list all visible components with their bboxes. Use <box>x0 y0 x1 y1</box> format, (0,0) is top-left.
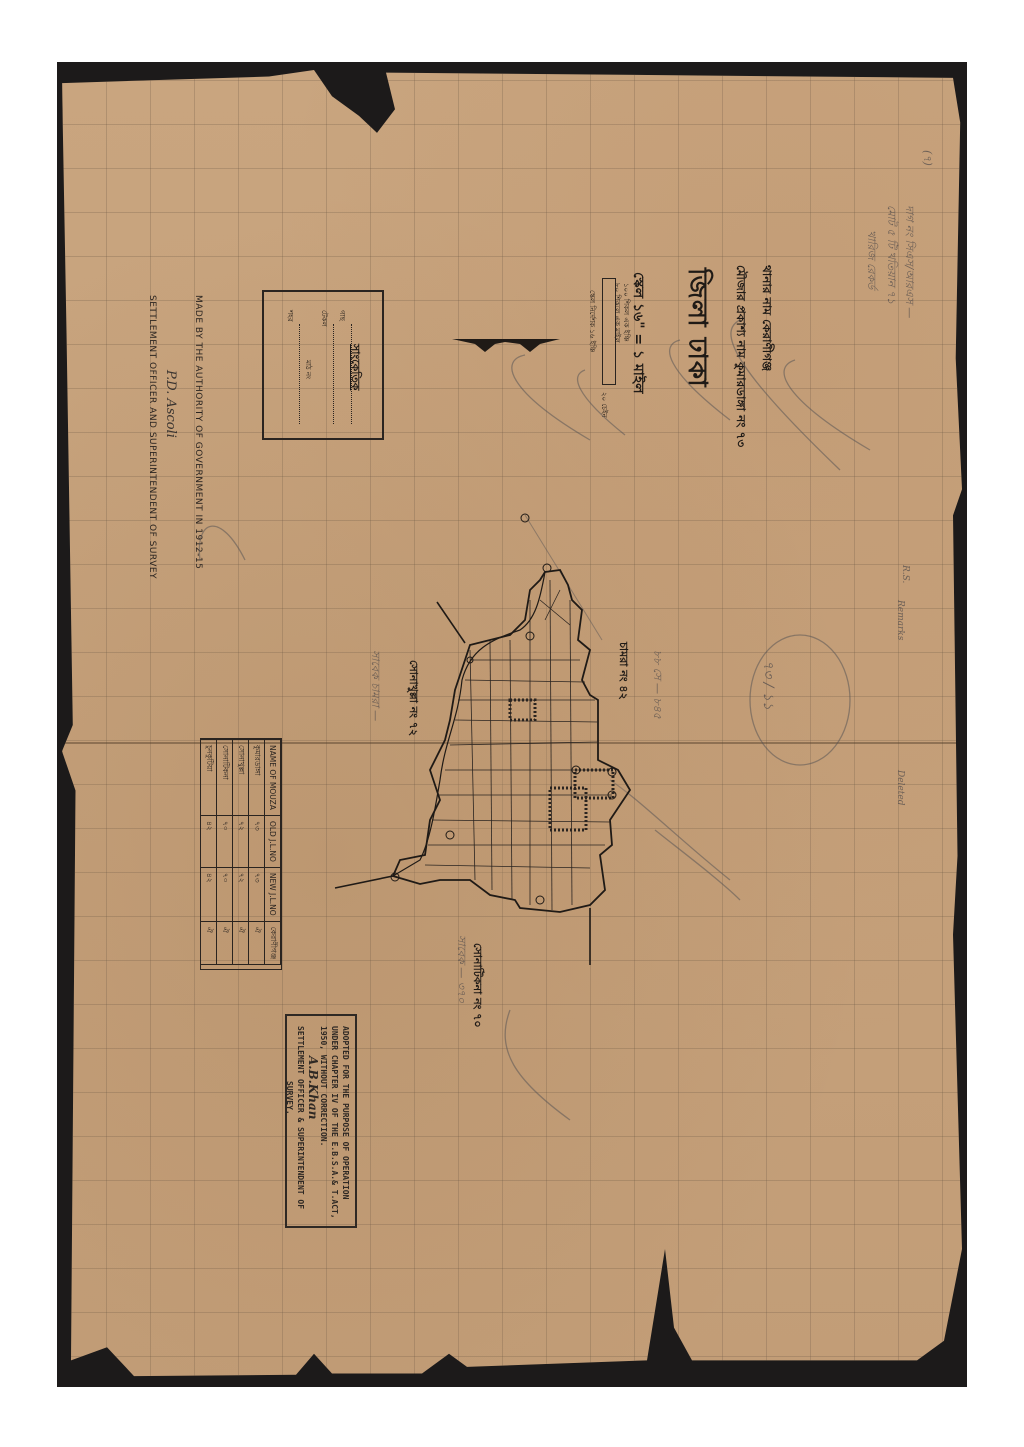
scale-caption: স্কেল নির্দেশক ১৬ ইঞ্চি <box>586 290 598 352</box>
legend-row: টেকল <box>318 310 330 327</box>
mouza-table: NAME OF MOUZA OLD J.L.NO NEW J.L.NO কেরা… <box>200 738 282 970</box>
pencil-note: সাবেক চামরা — <box>365 650 384 721</box>
stamp-text: ADOPTED FOR THE PURPOSE OF OPERATION UND… <box>284 1026 351 1219</box>
district-title: জিলা ঢাকা <box>674 268 718 388</box>
pencil-note: খারিজ রেকর্ড <box>861 230 880 289</box>
legend-row: মাঠ নং <box>302 360 314 379</box>
table-header: NEW J.L.NO <box>265 867 281 921</box>
title-block: থানার নাম কেরাণীগঞ্জ মৌজার প্রকাশ্য নাম … <box>729 265 775 447</box>
neighbor-west-label: সোনাখুল্লা নং ৭২ <box>403 660 422 736</box>
map-sheet <box>62 70 962 1380</box>
scale-end: ২০ চেইন <box>598 392 610 418</box>
neighbor-north-label: চামরা নং ৪২ <box>613 642 632 700</box>
settlement-officer-line: SETTLEMENT OFFICER AND SUPERINTENDENT OF… <box>147 295 157 579</box>
table-row: চুনকুটিয়া ৪২ ৪২ ঐ <box>201 740 217 965</box>
authority-signature: P.D. Ascoli <box>163 370 178 438</box>
table-header: NAME OF MOUZA <box>265 740 281 816</box>
pencil-circle-note: ৭৩ / ১১ <box>756 660 780 710</box>
mouza-table-grid: NAME OF MOUZA OLD J.L.NO NEW J.L.NO কেরা… <box>200 739 281 965</box>
adoption-stamp: ADOPTED FOR THE PURPOSE OF OPERATION UND… <box>285 1014 357 1228</box>
legend-inset: সাংকেতিক গাছ টেকল মাঠ নং শহর <box>262 290 384 440</box>
table-header: কেরাণীগঞ্জ <box>265 921 281 965</box>
thana-name: থানার নাম কেরাণীগঞ্জ <box>755 265 775 447</box>
table-row: সোনাটিকনা ৭০ ৭০ ঐ <box>217 740 233 965</box>
pencil-note: সাবেক — ৩৭০ <box>451 935 470 1003</box>
pencil-note: Deleted <box>895 770 905 805</box>
pencil-note: (৭) <box>917 150 936 166</box>
table-row: কুমারডাঙ্গা ৭৩ ৭৩ ঐ <box>249 740 265 965</box>
authority-line: MADE BY THE AUTHORITY OF GOVERNMENT IN 1… <box>193 295 203 569</box>
mouza-name: মৌজার প্রকাশ্য নাম কুমারডাঙ্গা নং ৭৩ <box>729 265 749 447</box>
scale-note-2: ৮০ শিকলে এক মাইল <box>611 283 623 343</box>
pencil-note: R.S. <box>900 565 910 583</box>
pencil-note: দাগ নং সিএস/আরএস — <box>899 205 918 318</box>
legend-row: শহর <box>284 310 296 322</box>
pencil-note: মোট ৫ টি খতিয়ান ৭১ <box>881 205 900 304</box>
table-header: OLD J.L.NO <box>265 815 281 867</box>
stamp-signature: A.B.Khan <box>306 1026 318 1219</box>
table-row: সোনাখুল্লা ৭২ ৭২ ঐ <box>233 740 249 965</box>
fold-crease <box>62 742 962 744</box>
survey-grid <box>62 70 962 1380</box>
legend-row: গাছ <box>336 310 348 321</box>
pencil-note: ৮৮ সে — ৮৪৫ <box>647 650 666 719</box>
legend-title: সাংকেতিক <box>345 344 364 390</box>
pencil-note: Remarks <box>895 600 905 640</box>
